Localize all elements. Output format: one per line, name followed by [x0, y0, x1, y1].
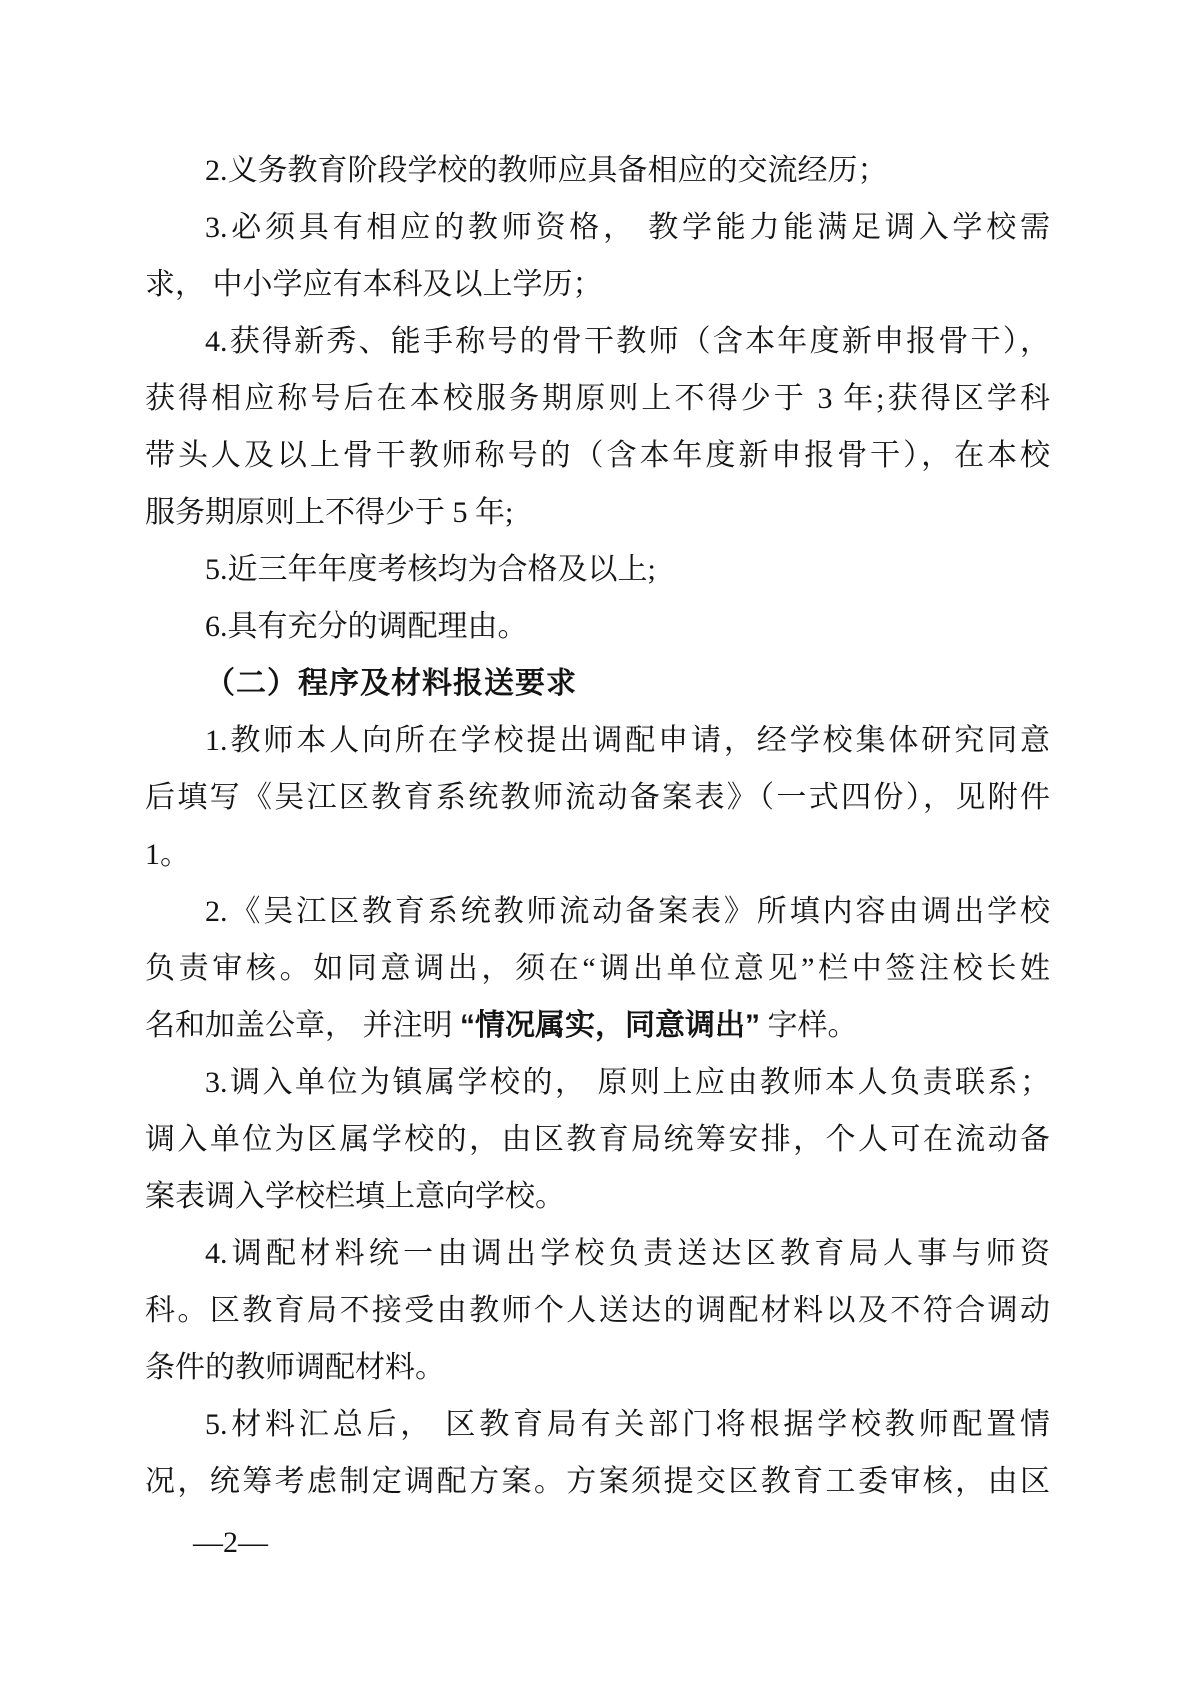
paragraph-line: 1。	[145, 826, 1050, 883]
paragraph-line: 4.获得新秀、能手称号的骨干教师（含本年度新申报骨干），	[145, 313, 1050, 370]
emphasis-text: “情况属实，同意调出”	[460, 1009, 760, 1042]
section-heading: （二）程序及材料报送要求	[145, 655, 1050, 712]
paragraph-line: 服务期原则上不得少于 5 年;	[145, 484, 1050, 541]
paragraph-line: 负责审核。如同意调出，须在“调出单位意见”栏中签注校长姓	[145, 940, 1050, 997]
paragraph-line: 2.《吴江区教育系统教师流动备案表》所填内容由调出学校	[145, 883, 1050, 940]
paragraph-line: 调入单位为区属学校的，由区教育局统筹安排，个人可在流动备	[145, 1111, 1050, 1168]
text-segment: 名和加盖公章， 并注明	[145, 1009, 460, 1042]
paragraph-line: 3.调入单位为镇属学校的， 原则上应由教师本人负责联系；	[145, 1054, 1050, 1111]
paragraph-line: 后填写《吴江区教育系统教师流动备案表》（一式四份），见附件	[145, 769, 1050, 826]
paragraph-line: 科。区教育局不接受由教师个人送达的调配材料以及不符合调动	[145, 1282, 1050, 1339]
paragraph-line: 4.调配材料统一由调出学校负责送达区教育局人事与师资	[145, 1225, 1050, 1282]
page-number: —2—	[193, 1526, 268, 1560]
paragraph-line: 3.必须具有相应的教师资格， 教学能力能满足调入学校需	[145, 199, 1050, 256]
paragraph-line: 名和加盖公章， 并注明 “情况属实，同意调出” 字样。	[145, 997, 1050, 1054]
paragraph-line: 案表调入学校栏填上意向学校。	[145, 1168, 1050, 1225]
paragraph-line: 2.义务教育阶段学校的教师应具备相应的交流经历；	[145, 142, 1050, 199]
paragraph-line: 带头人及以上骨干教师称号的（含本年度新申报骨干），在本校	[145, 427, 1050, 484]
document-page: 2.义务教育阶段学校的教师应具备相应的交流经历； 3.必须具有相应的教师资格， …	[0, 0, 1191, 1684]
paragraph-line: 1.教师本人向所在学校提出调配申请，经学校集体研究同意	[145, 712, 1050, 769]
document-content: 2.义务教育阶段学校的教师应具备相应的交流经历； 3.必须具有相应的教师资格， …	[145, 142, 1050, 1510]
paragraph-line: 条件的教师调配材料。	[145, 1339, 1050, 1396]
paragraph-line: 6.具有充分的调配理由。	[145, 598, 1050, 655]
paragraph-line: 求， 中小学应有本科及以上学历；	[145, 256, 1050, 313]
paragraph-line: 5.材料汇总后， 区教育局有关部门将根据学校教师配置情	[145, 1396, 1050, 1453]
paragraph-line: 5.近三年年度考核均为合格及以上;	[145, 541, 1050, 598]
paragraph-line: 获得相应称号后在本校服务期原则上不得少于 3 年;获得区学科	[145, 370, 1050, 427]
text-segment: 字样。	[760, 1009, 858, 1042]
paragraph-line: 况，统筹考虑制定调配方案。方案须提交区教育工委审核，由区	[145, 1453, 1050, 1510]
